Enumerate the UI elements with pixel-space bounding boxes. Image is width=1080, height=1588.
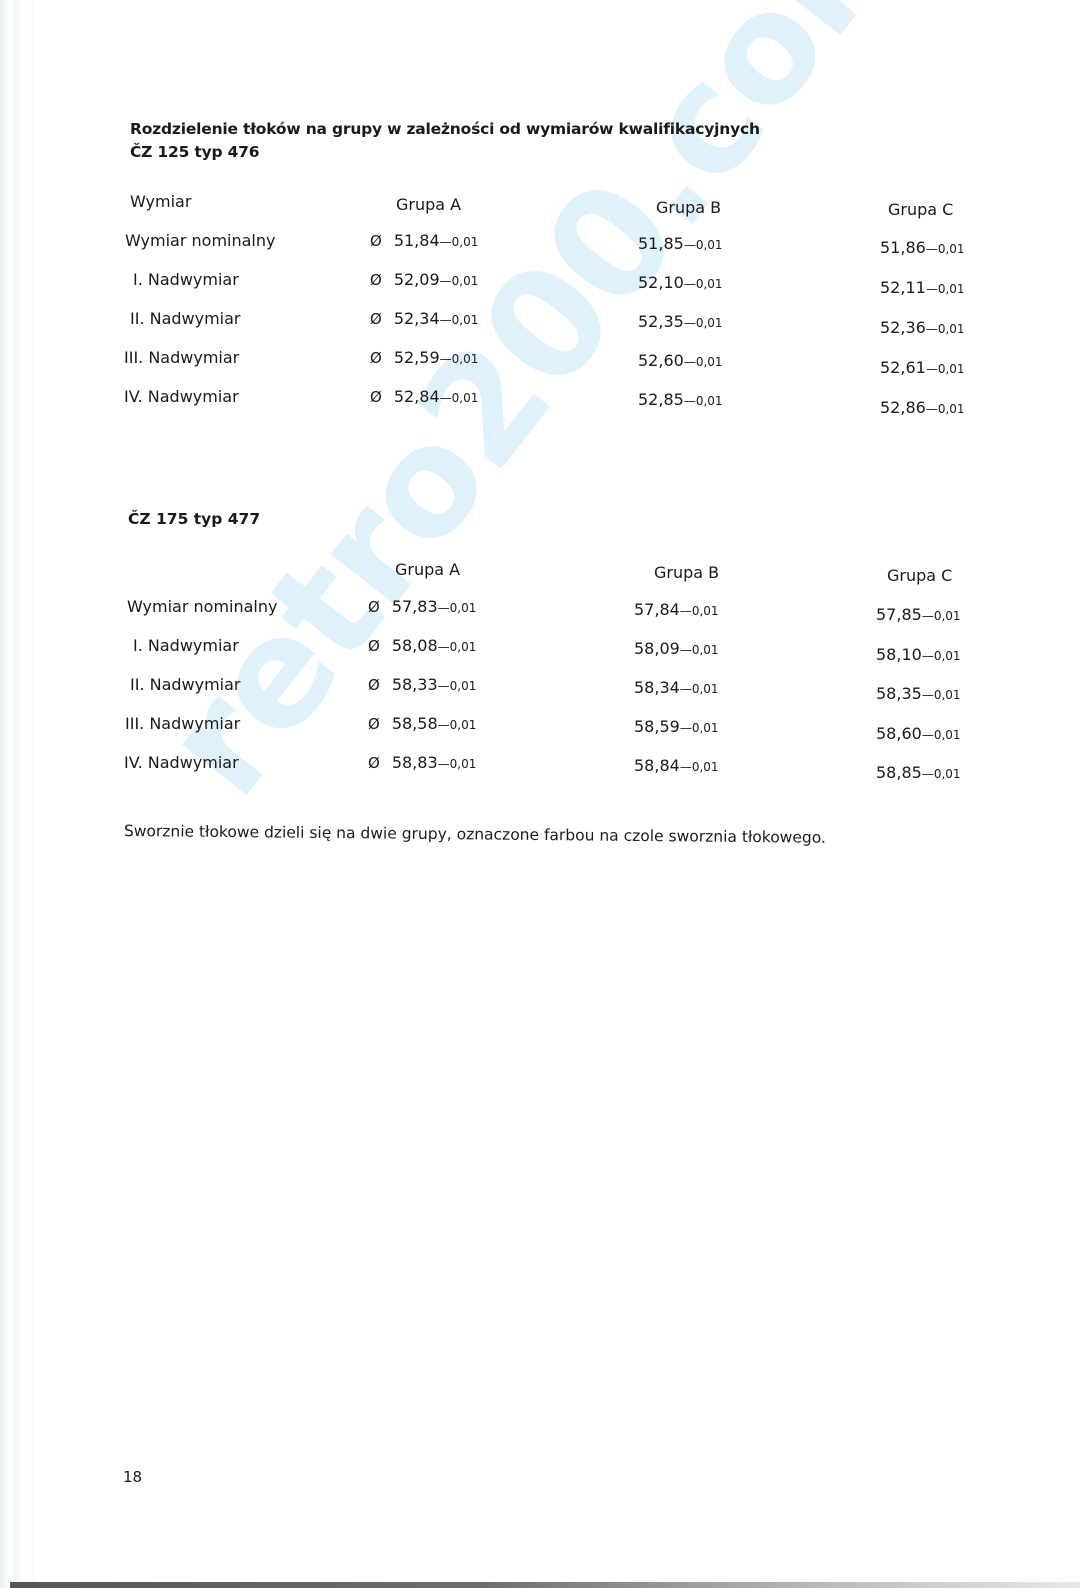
group-a-value: Ø57,83—0,01 bbox=[368, 597, 476, 616]
dimension-value: 52,59 bbox=[394, 348, 440, 367]
dimension-value: 58,33 bbox=[392, 675, 438, 694]
dimension-value: 52,86 bbox=[880, 398, 926, 417]
diameter-icon: Ø bbox=[370, 232, 382, 250]
tolerance: —0,01 bbox=[680, 682, 719, 696]
tolerance: —0,01 bbox=[438, 601, 477, 615]
diameter-icon: Ø bbox=[368, 676, 380, 694]
tolerance: —0,01 bbox=[440, 391, 479, 405]
dimension-value: 52,35 bbox=[638, 312, 684, 331]
tolerance: —0,01 bbox=[440, 352, 479, 366]
tolerance: —0,01 bbox=[926, 242, 965, 256]
group-a-value: Ø52,84—0,01 bbox=[370, 387, 478, 406]
row-label: II. Nadwymiar bbox=[130, 675, 241, 694]
column-header: Grupa B bbox=[656, 198, 721, 217]
group-c-value: 58,60—0,01 bbox=[876, 724, 961, 743]
diameter-icon: Ø bbox=[370, 310, 382, 328]
group-c-value: 52,36—0,01 bbox=[880, 318, 965, 337]
row-label: Wymiar nominalny bbox=[127, 597, 277, 616]
diameter-icon: Ø bbox=[368, 754, 380, 772]
group-b-value: 52,60—0,01 bbox=[638, 351, 723, 370]
tolerance: —0,01 bbox=[680, 604, 719, 618]
group-a-value: Ø51,84—0,01 bbox=[370, 231, 478, 250]
row-label: III. Nadwymiar bbox=[125, 714, 240, 733]
dimension-value: 52,84 bbox=[394, 387, 440, 406]
group-a-value: Ø52,34—0,01 bbox=[370, 309, 478, 328]
group-c-value: 51,86—0,01 bbox=[880, 238, 965, 257]
tolerance: —0,01 bbox=[438, 679, 477, 693]
table1-model: ČZ 125 typ 476 bbox=[130, 141, 760, 164]
dimension-value: 58,60 bbox=[876, 724, 922, 743]
group-a-value: Ø52,09—0,01 bbox=[370, 270, 478, 289]
group-c-value: 52,61—0,01 bbox=[880, 358, 965, 377]
column-header: Grupa B bbox=[654, 563, 719, 582]
tolerance: —0,01 bbox=[680, 760, 719, 774]
column-header: Grupa A bbox=[396, 195, 461, 214]
dimension-value: 58,09 bbox=[634, 639, 680, 658]
tolerance: —0,01 bbox=[440, 313, 479, 327]
row-label: I. Nadwymiar bbox=[133, 270, 239, 289]
tolerance: —0,01 bbox=[438, 640, 477, 654]
title-line: Rozdzielenie tłoków na grupy w zależnośc… bbox=[130, 118, 760, 141]
dimension-value: 52,36 bbox=[880, 318, 926, 337]
page-title: Rozdzielenie tłoków na grupy w zależnośc… bbox=[130, 118, 760, 164]
group-b-value: 58,34—0,01 bbox=[634, 678, 719, 697]
group-b-value: 58,84—0,01 bbox=[634, 756, 719, 775]
tolerance: —0,01 bbox=[680, 721, 719, 735]
group-c-value: 52,11—0,01 bbox=[880, 278, 965, 297]
tolerance: —0,01 bbox=[684, 394, 723, 408]
dimension-value: 52,34 bbox=[394, 309, 440, 328]
tolerance: —0,01 bbox=[922, 767, 961, 781]
page: Rozdzielenie tłoków na grupy w zależnośc… bbox=[0, 0, 1080, 1588]
dimension-value: 58,08 bbox=[392, 636, 438, 655]
dimension-value: 58,58 bbox=[392, 714, 438, 733]
group-a-value: Ø58,08—0,01 bbox=[368, 636, 476, 655]
tolerance: —0,01 bbox=[926, 402, 965, 416]
group-c-value: 58,85—0,01 bbox=[876, 763, 961, 782]
dimension-value: 57,85 bbox=[876, 605, 922, 624]
row-label: IV. Nadwymiar bbox=[124, 387, 239, 406]
group-b-value: 52,85—0,01 bbox=[638, 390, 723, 409]
group-b-value: 52,35—0,01 bbox=[638, 312, 723, 331]
tolerance: —0,01 bbox=[684, 238, 723, 252]
dimension-value: 57,83 bbox=[392, 597, 438, 616]
dimension-value: 57,84 bbox=[634, 600, 680, 619]
dimension-value: 52,11 bbox=[880, 278, 926, 297]
footnote: Sworznie tłokowe dzieli się na dwie grup… bbox=[124, 822, 826, 847]
diameter-icon: Ø bbox=[370, 388, 382, 406]
tolerance: —0,01 bbox=[922, 649, 961, 663]
tolerance: —0,01 bbox=[440, 274, 479, 288]
group-b-value: 57,84—0,01 bbox=[634, 600, 719, 619]
dimension-value: 58,59 bbox=[634, 717, 680, 736]
row-label: I. Nadwymiar bbox=[133, 636, 239, 655]
group-b-value: 52,10—0,01 bbox=[638, 273, 723, 292]
dimension-value: 52,10 bbox=[638, 273, 684, 292]
tolerance: —0,01 bbox=[922, 609, 961, 623]
tolerance: —0,01 bbox=[440, 235, 479, 249]
column-header: Grupa C bbox=[888, 200, 953, 219]
diameter-icon: Ø bbox=[368, 637, 380, 655]
group-a-value: Ø58,33—0,01 bbox=[368, 675, 476, 694]
tolerance: —0,01 bbox=[922, 688, 961, 702]
column-header: Wymiar bbox=[130, 192, 191, 211]
tolerance: —0,01 bbox=[680, 643, 719, 657]
row-label: IV. Nadwymiar bbox=[124, 753, 239, 772]
dimension-value: 58,84 bbox=[634, 756, 680, 775]
group-a-value: Ø52,59—0,01 bbox=[370, 348, 478, 367]
dimension-value: 51,86 bbox=[880, 238, 926, 257]
dimension-value: 51,85 bbox=[638, 234, 684, 253]
dimension-value: 58,10 bbox=[876, 645, 922, 664]
row-label: III. Nadwymiar bbox=[124, 348, 239, 367]
group-a-value: Ø58,83—0,01 bbox=[368, 753, 476, 772]
group-c-value: 58,35—0,01 bbox=[876, 684, 961, 703]
page-number: 18 bbox=[123, 1468, 142, 1486]
tolerance: —0,01 bbox=[684, 316, 723, 330]
dimension-value: 52,61 bbox=[880, 358, 926, 377]
diameter-icon: Ø bbox=[368, 598, 380, 616]
tolerance: —0,01 bbox=[438, 718, 477, 732]
group-a-value: Ø58,58—0,01 bbox=[368, 714, 476, 733]
dimension-value: 52,09 bbox=[394, 270, 440, 289]
dimension-value: 58,83 bbox=[392, 753, 438, 772]
tolerance: —0,01 bbox=[926, 282, 965, 296]
dimension-value: 52,85 bbox=[638, 390, 684, 409]
dimension-value: 58,35 bbox=[876, 684, 922, 703]
dimension-value: 51,84 bbox=[394, 231, 440, 250]
column-header: Grupa C bbox=[887, 566, 952, 585]
diameter-icon: Ø bbox=[370, 349, 382, 367]
row-label: II. Nadwymiar bbox=[130, 309, 241, 328]
group-c-value: 57,85—0,01 bbox=[876, 605, 961, 624]
diameter-icon: Ø bbox=[370, 271, 382, 289]
dimension-value: 58,85 bbox=[876, 763, 922, 782]
row-label: Wymiar nominalny bbox=[125, 231, 275, 250]
group-b-value: 58,09—0,01 bbox=[634, 639, 719, 658]
tolerance: —0,01 bbox=[926, 322, 965, 336]
table2-model: ČZ 175 typ 477 bbox=[128, 510, 260, 528]
dimension-value: 52,60 bbox=[638, 351, 684, 370]
tolerance: —0,01 bbox=[922, 728, 961, 742]
column-header: Grupa A bbox=[395, 560, 460, 579]
group-c-value: 52,86—0,01 bbox=[880, 398, 965, 417]
group-b-value: 58,59—0,01 bbox=[634, 717, 719, 736]
diameter-icon: Ø bbox=[368, 715, 380, 733]
tolerance: —0,01 bbox=[684, 277, 723, 291]
dimension-value: 58,34 bbox=[634, 678, 680, 697]
group-b-value: 51,85—0,01 bbox=[638, 234, 723, 253]
tolerance: —0,01 bbox=[438, 757, 477, 771]
group-c-value: 58,10—0,01 bbox=[876, 645, 961, 664]
tolerance: —0,01 bbox=[926, 362, 965, 376]
tolerance: —0,01 bbox=[684, 355, 723, 369]
